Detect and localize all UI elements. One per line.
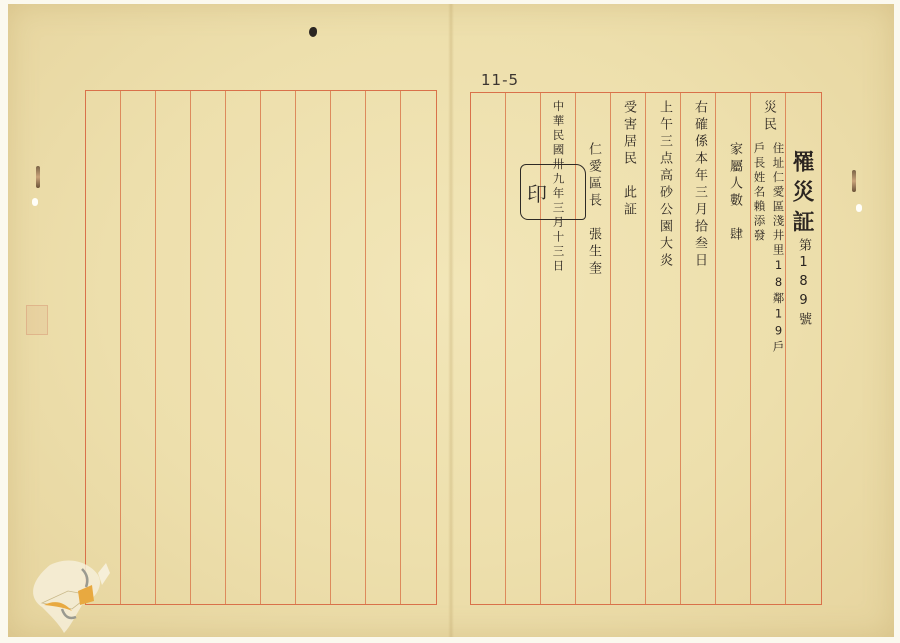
- staple-left-icon: [36, 166, 40, 188]
- certificate-number: 第189號: [797, 238, 810, 329]
- official-seal-text: 印: [527, 178, 547, 207]
- faint-seal-mark: [26, 305, 48, 335]
- left-page-frame: [85, 90, 437, 605]
- incident-line: 上午三点高砂公園大炎: [658, 100, 671, 270]
- page-fold: [448, 4, 454, 637]
- staple-right-icon: [852, 170, 856, 192]
- certificate-title: 罹災証: [790, 150, 812, 240]
- victim-label: 災民: [762, 100, 775, 134]
- staple-hole-right: [856, 204, 862, 212]
- family-count: 家屬人數 肆: [728, 142, 741, 244]
- issuer-title: 仁愛區長: [586, 142, 601, 210]
- archive-number: 11-5: [481, 71, 519, 89]
- issuer-name: 張生奎: [586, 227, 601, 278]
- taiwan-book-logo-icon: [20, 555, 120, 635]
- household-head: 戶長姓名賴添發: [753, 142, 765, 244]
- issuer-line: 仁愛區長 張生奎: [587, 142, 600, 278]
- staple-hole-left: [32, 198, 38, 206]
- confirmation-line: 右確係本年三月拾叁日: [693, 100, 706, 270]
- victim-status-line: 受害居民 此証: [622, 100, 635, 219]
- address-line: 住址仁愛區淺井里18鄰19戶: [772, 142, 784, 355]
- ink-spot: [309, 27, 317, 37]
